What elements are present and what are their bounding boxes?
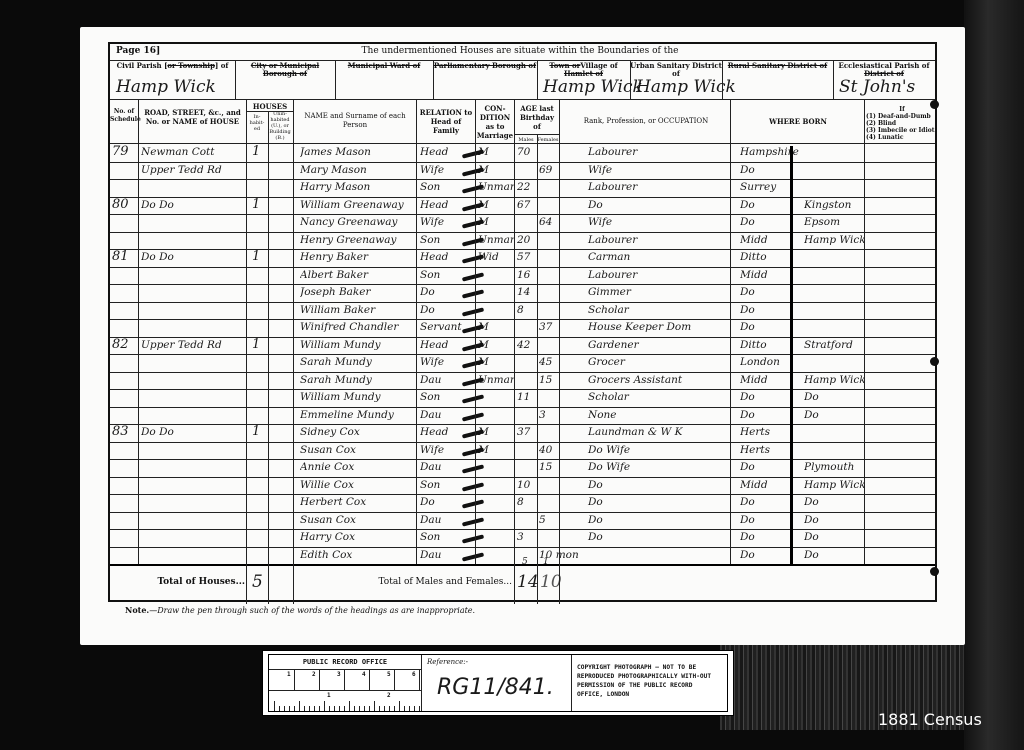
- table-row: Winifred ChandlerServantM37House Keeper …: [110, 319, 935, 337]
- cell-name: Harry Cox: [300, 531, 416, 543]
- cell-inhabited: 1: [252, 144, 266, 159]
- district-label: Town orVillage ofHamlet of: [537, 61, 630, 78]
- district-value: Hamp Wick: [543, 77, 643, 97]
- scan-edge: [964, 0, 1024, 750]
- table-row: William BakerDo8ScholarDo: [110, 302, 935, 320]
- total-people-label: Total of Males and Females...: [310, 578, 512, 587]
- cell-born-place: Do: [804, 531, 864, 543]
- cell-inhabited: 1: [252, 424, 266, 439]
- cell-occupation: Labourer: [570, 234, 748, 246]
- cell-born-place: Hamp Wick: [804, 479, 864, 491]
- header-houses: HOUSES: [247, 102, 293, 111]
- cell-name: Emmeline Mundy: [300, 409, 416, 421]
- header-name: NAME and Surname of each Person: [300, 112, 410, 130]
- cell-male-age: 67: [517, 199, 537, 211]
- cell-road: Newman Cott: [141, 146, 245, 158]
- district-value: Hamp Wick: [116, 77, 216, 97]
- cell-male-age: 22: [517, 181, 537, 193]
- cell-occupation: Do: [570, 531, 748, 543]
- table-row: Emmeline MundyDau3NoneDoDo: [110, 407, 935, 425]
- cell-male-age: 37: [517, 426, 537, 438]
- district-label: Urban Sanitary District of: [630, 61, 722, 78]
- census-watermark: 1881 Census: [878, 710, 982, 729]
- cell-male-age: 11: [517, 391, 537, 403]
- cell-occupation: Laundman & W K: [570, 426, 748, 438]
- census-form: Page 16] The undermentioned Houses are s…: [108, 42, 937, 602]
- cell-occupation: Grocers Assistant: [570, 374, 748, 386]
- census-page: Page 16] The undermentioned Houses are s…: [80, 27, 965, 645]
- cell-male-age: 70: [517, 146, 537, 158]
- punch-hole: [930, 100, 939, 109]
- header-condition: CON-DITION as to Marriage: [476, 104, 514, 140]
- total-houses-value: 5: [252, 572, 263, 592]
- reference-label: Reference:-: [427, 658, 468, 666]
- cell-schedule: 82: [112, 337, 138, 352]
- header-age: AGE last Birthday of: [515, 104, 559, 131]
- page-heading: The undermentioned Houses are situate wi…: [310, 47, 730, 56]
- total-houses-label: Total of Houses...: [140, 578, 245, 587]
- table-row: Herbert CoxDo8DoDoDo: [110, 494, 935, 512]
- table-row: 83Do Do1Sidney CoxHeadM37Laundman & W KH…: [110, 424, 935, 442]
- table-row: Nancy GreenawayWifeM64WifeDoEpsom: [110, 214, 935, 232]
- cell-occupation: Labourer: [570, 269, 748, 281]
- table-row: Willie CoxSon10DoMiddHamp Wick: [110, 477, 935, 495]
- cell-occupation: Do Wife: [570, 444, 748, 456]
- cell-name: Susan Cox: [300, 444, 416, 456]
- cell-name: Henry Greenaway: [300, 234, 416, 246]
- cell-male-age: 20: [517, 234, 537, 246]
- table-row: Annie CoxDau15Do WifeDoPlymouth: [110, 459, 935, 477]
- cell-born-place: Do: [804, 496, 864, 508]
- punch-hole: [930, 357, 939, 366]
- header-uninhabited: Unin-habited (U.), or Building (B.): [268, 111, 292, 141]
- district-label: City or Municipal Borough of: [235, 61, 335, 78]
- cell-occupation: Do: [570, 496, 748, 508]
- table-row: Joseph BakerDo14GimmerDo: [110, 284, 935, 302]
- cell-occupation: Gardener: [570, 339, 748, 351]
- table-row: Susan CoxDau5DoDoDo: [110, 512, 935, 530]
- cell-born-place: Do: [804, 409, 864, 421]
- cell-born-place: Do: [804, 514, 864, 526]
- cell-male-age: 42: [517, 339, 537, 351]
- cell-road: Upper Tedd Rd: [141, 164, 245, 176]
- cell-occupation: Do: [570, 514, 748, 526]
- cell-schedule: 80: [112, 197, 138, 212]
- cell-occupation: Labourer: [570, 146, 748, 158]
- cell-occupation: Scholar: [570, 304, 748, 316]
- cell-born-place: Hamp Wick: [804, 234, 864, 246]
- cell-name: Herbert Cox: [300, 496, 416, 508]
- page-number: Page 16]: [116, 47, 160, 56]
- ditto-stroke: [790, 146, 793, 564]
- district-value: Hamp Wick: [636, 77, 736, 97]
- cell-born-place: Do: [804, 391, 864, 403]
- cell-occupation: Do Wife: [570, 461, 748, 473]
- cell-male-age: 57: [517, 251, 537, 263]
- cell-inhabited: 1: [252, 249, 266, 264]
- cell-name: Nancy Greenaway: [300, 216, 416, 228]
- cell-born-place: Plymouth: [804, 461, 864, 473]
- total-males: 14: [517, 572, 539, 592]
- cell-schedule: 79: [112, 144, 138, 159]
- cell-schedule: 83: [112, 424, 138, 439]
- record-office-label: PUBLIC RECORD OFFICE 12345612 Reference:…: [262, 650, 734, 716]
- district-cell: Parliamentary Borough of: [433, 61, 537, 99]
- header-road: ROAD, STREET, &c., and No. or NAME of HO…: [140, 108, 245, 126]
- district-label: Municipal Ward of: [335, 61, 433, 70]
- footnote: Note.—Draw the pen through such of the w…: [125, 605, 475, 615]
- females-tally: 1: [543, 557, 549, 567]
- cell-male-age: 14: [517, 286, 537, 298]
- cell-occupation: Gimmer: [570, 286, 748, 298]
- cell-name: Annie Cox: [300, 461, 416, 473]
- cell-name: Mary Mason: [300, 164, 416, 176]
- cell-name: William Mundy: [300, 391, 416, 403]
- cell-name: William Greenaway: [300, 199, 416, 211]
- cell-name: Susan Cox: [300, 514, 416, 526]
- district-cell: Ecclesiastical Parish ofDistrict ofSt Jo…: [833, 61, 935, 99]
- cell-male-age: 8: [517, 304, 537, 316]
- header-inhabited: In-habit-ed: [247, 114, 267, 132]
- cell-male-age: 8: [517, 496, 537, 508]
- table-row: Susan CoxWifeM40Do WifeHerts: [110, 442, 935, 460]
- table-row: Albert BakerSon16LabourerMidd: [110, 267, 935, 285]
- cell-occupation: None: [570, 409, 748, 421]
- cell-name: William Mundy: [300, 339, 416, 351]
- table-row: William MundySon11ScholarDoDo: [110, 389, 935, 407]
- cell-inhabited: 1: [252, 197, 266, 212]
- district-label: Rural Sanitary District of: [722, 61, 833, 70]
- cell-occupation: Carman: [570, 251, 748, 263]
- district-label: Ecclesiastical Parish ofDistrict of: [833, 61, 935, 78]
- cell-name: Edith Cox: [300, 549, 416, 561]
- district-cell: Municipal Ward of: [335, 61, 433, 99]
- table-row: 79Newman Cott1James MasonHeadM70Labourer…: [110, 144, 935, 162]
- district-cell: Civil Parish [or Township] ofHamp Wick: [110, 61, 235, 99]
- table-row: 82Upper Tedd Rd1William MundyHeadM42Gard…: [110, 337, 935, 355]
- punch-hole: [930, 567, 939, 576]
- cell-male-age: 16: [517, 269, 537, 281]
- cell-name: Joseph Baker: [300, 286, 416, 298]
- cell-road: Do Do: [141, 199, 245, 211]
- header-relation: RELATION to Head of Family: [418, 108, 474, 135]
- record-office-title: PUBLIC RECORD OFFICE: [269, 658, 421, 666]
- district-cell: Rural Sanitary District of: [722, 61, 833, 99]
- cell-born-place: Kingston: [804, 199, 864, 211]
- cell-occupation: Grocer: [570, 356, 748, 368]
- copyright-notice: COPYRIGHT PHOTOGRAPH — NOT TO BE REPRODU…: [577, 663, 722, 699]
- males-tally: 5: [522, 557, 528, 567]
- cell-name: Sarah Mundy: [300, 374, 416, 386]
- cell-name: William Baker: [300, 304, 416, 316]
- cell-road: Upper Tedd Rd: [141, 339, 245, 351]
- header-schedule: No. of Schedule: [110, 108, 138, 124]
- cell-born-place: Stratford: [804, 339, 864, 351]
- cell-occupation: Scholar: [570, 391, 748, 403]
- reference-value: RG11/841.: [437, 675, 554, 700]
- cell-road: Do Do: [141, 251, 245, 263]
- cell-occupation: Do: [570, 199, 748, 211]
- cell-born-place: Do: [804, 549, 864, 561]
- district-cell: City or Municipal Borough of: [235, 61, 335, 99]
- header-occupation: Rank, Profession, or OCCUPATION: [562, 117, 730, 126]
- cell-occupation: Wife: [570, 164, 748, 176]
- cell-name: Willie Cox: [300, 479, 416, 491]
- cell-road: Do Do: [141, 426, 245, 438]
- cell-occupation: Do: [570, 479, 748, 491]
- cell-name: Henry Baker: [300, 251, 416, 263]
- district-value: St John's: [839, 77, 915, 97]
- table-row: Henry GreenawaySonUnmar20LabourerMiddHam…: [110, 232, 935, 250]
- cell-occupation: House Keeper Dom: [570, 321, 748, 333]
- cell-schedule: 81: [112, 249, 138, 264]
- cell-name: Sidney Cox: [300, 426, 416, 438]
- cell-occupation: Labourer: [570, 181, 748, 193]
- table-row: 81Do Do1Henry BakerHeadWid57CarmanDitto: [110, 249, 935, 267]
- cell-name: Harry Mason: [300, 181, 416, 193]
- table-row: 80Do Do1William GreenawayHeadM67DoDoKing…: [110, 197, 935, 215]
- cell-name: James Mason: [300, 146, 416, 158]
- table-row: Sarah MundyWifeM45GrocerLondon: [110, 354, 935, 372]
- cell-name: Winifred Chandler: [300, 321, 416, 333]
- cell-male-age: 3: [517, 531, 537, 543]
- table-row: Harry MasonSonUnmar22LabourerSurrey: [110, 179, 935, 197]
- district-cell: Urban Sanitary District ofHamp Wick: [630, 61, 722, 99]
- table-row: Harry CoxSon3DoDoDo: [110, 529, 935, 547]
- cell-name: Albert Baker: [300, 269, 416, 281]
- district-cell: Town orVillage ofHamlet ofHamp Wick: [537, 61, 630, 99]
- cell-born-place: Hamp Wick: [804, 374, 864, 386]
- cell-inhabited: 1: [252, 337, 266, 352]
- cell-name: Sarah Mundy: [300, 356, 416, 368]
- cell-occupation: Wife: [570, 216, 748, 228]
- district-label: Parliamentary Borough of: [433, 61, 537, 70]
- header-infirmity: If (1) Deaf-and-Dumb (2) Blind (3) Imbec…: [866, 106, 938, 141]
- cell-born-place: Epsom: [804, 216, 864, 228]
- header-where-born: WHERE BORN: [732, 117, 864, 126]
- table-row: Sarah MundyDauUnmar15Grocers AssistantMi…: [110, 372, 935, 390]
- cell-male-age: 10: [517, 479, 537, 491]
- district-label: Civil Parish [or Township] of: [110, 61, 235, 70]
- table-row: Upper Tedd RdMary MasonWifeM69WifeDo: [110, 162, 935, 180]
